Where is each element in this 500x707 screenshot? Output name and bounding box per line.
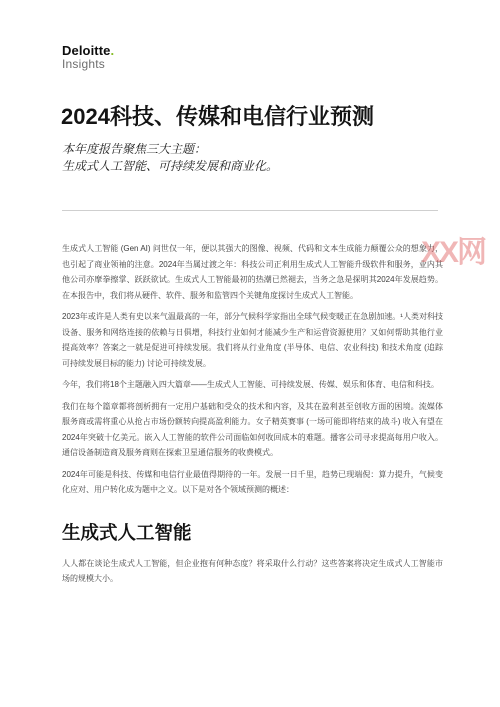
section-heading-genai: 生成式人工智能	[62, 520, 443, 546]
report-body: 生成式人工智能 (Gen AI) 问世仅一年，便以其强大的图像、视频、代码和文本…	[62, 241, 443, 593]
report-title: 2024科技、传媒和电信行业预测	[61, 103, 461, 131]
intro-paragraph-5: 2024年可能是科技、传媒和电信行业最值得期待的一年。发展一日千里，趋势已现端倪…	[62, 467, 443, 498]
logo-brand-text: Deloitte.	[62, 44, 114, 57]
report-subtitle-line-1: 本年度报告聚焦三大主题：	[62, 141, 452, 158]
intro-paragraph-3: 今年，我们将18个主题融入四大篇章——生成式人工智能、可持续发展、传媒、娱乐和体…	[62, 377, 443, 393]
logo-insights-text: Insights	[62, 58, 114, 70]
intro-paragraph-2: 2023年或许是人类有史以来气温最高的一年，部分气候科学家指出全球气候变暖正在急…	[62, 309, 443, 371]
intro-paragraph-1: 生成式人工智能 (Gen AI) 问世仅一年，便以其强大的图像、视频、代码和文本…	[62, 241, 443, 303]
deloitte-insights-logo: Deloitte. Insights	[62, 44, 114, 70]
report-subtitle-line-2: 生成式人工智能、可持续发展和商业化。	[62, 158, 452, 175]
report-subtitle: 本年度报告聚焦三大主题： 生成式人工智能、可持续发展和商业化。	[62, 141, 452, 175]
header-divider-rule	[62, 210, 438, 211]
section-paragraph-genai: 人人都在谈论生成式人工智能，但企业抱有何种态度？将采取什么行动？这些答案将决定生…	[62, 556, 443, 587]
intro-paragraph-4: 我们在每个篇章都将剖析拥有一定用户基础和受众的技术和内容，及其在盈利甚至创收方面…	[62, 399, 443, 461]
logo-brand-word: Deloitte	[62, 43, 110, 58]
deloitte-green-dot: .	[110, 43, 114, 58]
report-page: Deloitte. Insights 2024科技、传媒和电信行业预测 本年度报…	[0, 0, 500, 707]
